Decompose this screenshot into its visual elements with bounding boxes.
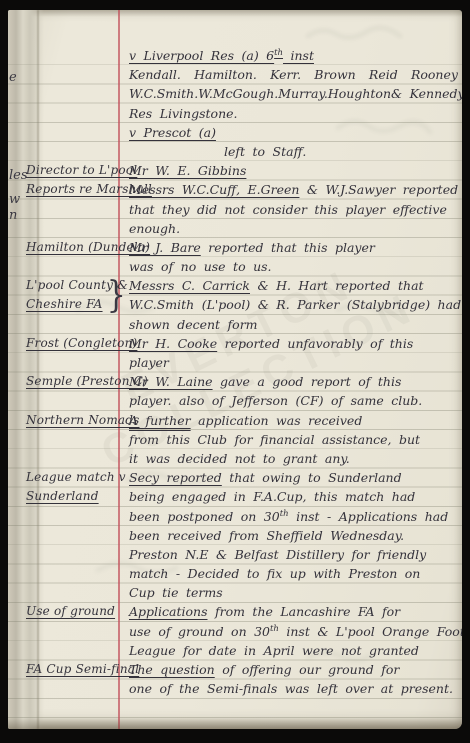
entry-body: Messrs C. Carrick & H. Hart reported tha… bbox=[122, 276, 458, 334]
minute-entry: Director to L'poolMr W. E. Gibbins bbox=[26, 161, 458, 180]
text-run: Reports re Marshall bbox=[26, 182, 152, 196]
body-line: Secy reported that owing to Sunderland bbox=[129, 468, 458, 487]
text-run: Kerr. bbox=[270, 65, 301, 84]
margin-line: Reports re Marshall bbox=[26, 180, 122, 199]
text-run: League for date in April were not grante… bbox=[129, 643, 419, 658]
minute-entry: FA Cup Semi-finalThe question of offerin… bbox=[26, 660, 458, 698]
body-line: been received from Sheffield Wednesday. bbox=[129, 526, 458, 545]
text-run: Frost (Congleton) bbox=[26, 336, 137, 350]
entry-body: Mr W. Laine gave a good report of thispl… bbox=[122, 372, 458, 410]
body-line: v Liverpool Res (a) 6th inst bbox=[129, 46, 458, 65]
text-run: player bbox=[129, 355, 169, 370]
body-line: one of the Semi-finals was left over at … bbox=[129, 679, 458, 698]
minute-entry: League match vSunderlandSecy reported th… bbox=[26, 468, 458, 602]
text-run: Preston N.E & Belfast Distillery for fri… bbox=[129, 547, 426, 562]
minute-entry: Hamilton (Dundela)Mr J. Bare reported th… bbox=[26, 238, 458, 276]
text-run: of offering our ground for bbox=[215, 662, 400, 677]
text-run: Semple (Preston C) bbox=[26, 374, 148, 388]
body-line: shown decent form bbox=[129, 315, 458, 334]
minute-entry: Northern NomadsA further application was… bbox=[26, 411, 458, 469]
text-run: application was received bbox=[191, 413, 363, 428]
body-line: W.C.Smith (L'pool) & R. Parker (Stalybri… bbox=[129, 295, 458, 314]
text-run: it was decided not to grant any. bbox=[129, 451, 350, 466]
text-run: Applications bbox=[129, 604, 208, 619]
entry-body: A further application was receivedfrom t… bbox=[122, 411, 458, 469]
entry-body: Mr J. Bare reported that this playerwas … bbox=[122, 238, 458, 276]
body-line: A further application was received bbox=[129, 411, 458, 430]
text-run: left to Staff. bbox=[224, 144, 306, 159]
body-line: being engaged in F.A.Cup, this match had bbox=[129, 487, 458, 506]
text-run: Res Livingstone. bbox=[129, 106, 238, 121]
photo-frame: eleswn EVERTON COLLECTION v Liverpool Re… bbox=[0, 0, 470, 743]
text-run: Cheshire FA bbox=[26, 297, 103, 311]
margin-brace: } bbox=[107, 273, 126, 319]
text-run: being engaged in F.A.Cup, this match had bbox=[129, 489, 415, 504]
margin-label: Director to L'pool bbox=[26, 161, 122, 180]
text-run: Murray. bbox=[278, 84, 328, 103]
text-run: Brown bbox=[314, 65, 355, 84]
body-line: player. also of Jefferson (CF) of same c… bbox=[129, 391, 458, 410]
entry-body: v Liverpool Res (a) 6th instKendall.Hami… bbox=[122, 46, 458, 161]
text-run: Use of ground bbox=[26, 604, 115, 618]
entry-body: Messrs W.C.Cuff, E.Green & W.J.Sawyer re… bbox=[122, 180, 458, 238]
text-run: v Prescot (a) bbox=[129, 125, 216, 140]
text-run: inst bbox=[283, 48, 314, 63]
text-run: that owing to Sunderland bbox=[222, 470, 402, 485]
body-line: that they did not consider this player e… bbox=[129, 200, 458, 219]
text-run: enough. bbox=[129, 221, 180, 236]
entry-body: Secy reported that owing to Sunderlandbe… bbox=[122, 468, 458, 602]
text-run: & W.J.Sawyer reported bbox=[299, 182, 458, 197]
body-line: Mr J. Bare reported that this player bbox=[129, 238, 458, 257]
text-run: W.C.Smith. bbox=[129, 84, 198, 103]
body-line: been postponed on 30th inst - Applicatio… bbox=[129, 507, 458, 526]
body-line: Mr H. Cooke reported unfavorably of this bbox=[129, 334, 458, 353]
text-run: th bbox=[270, 623, 279, 633]
text-run: that they did not consider this player e… bbox=[129, 202, 447, 217]
text-run: player. also of Jefferson (CF) of same c… bbox=[129, 393, 422, 408]
margin-label: Reports re Marshall bbox=[26, 180, 122, 238]
body-line: The question of offering our ground for bbox=[129, 660, 458, 679]
minute-entry: Use of groundApplications from the Lanca… bbox=[26, 602, 458, 660]
margin-label: Northern Nomads bbox=[26, 411, 122, 469]
text-run: The question bbox=[129, 662, 215, 677]
text-run: was of no use to us. bbox=[129, 259, 272, 274]
entry-body: Mr H. Cooke reported unfavorably of this… bbox=[122, 334, 458, 372]
body-line: Messrs W.C.Cuff, E.Green & W.J.Sawyer re… bbox=[129, 180, 458, 199]
text-run: Messrs W.C.Cuff, E.Green bbox=[129, 182, 299, 197]
minute-entry: L'pool County &Cheshire FA}Messrs C. Car… bbox=[26, 276, 458, 334]
text-run: W.C.Smith (L'pool) & R. Parker (Stalybri… bbox=[129, 297, 461, 312]
entry-body: Applications from the Lancashire FA foru… bbox=[122, 602, 458, 660]
margin-line: Director to L'pool bbox=[26, 161, 122, 180]
body-line: enough. bbox=[129, 219, 458, 238]
text-run: from the Lancashire FA for bbox=[208, 604, 401, 619]
margin-line: Sunderland bbox=[26, 487, 122, 506]
body-line: use of ground on 30th inst & L'pool Oran… bbox=[129, 622, 458, 641]
text-run: reported that this player bbox=[201, 240, 375, 255]
body-line: Messrs C. Carrick & H. Hart reported tha… bbox=[129, 276, 458, 295]
margin-line: Use of ground bbox=[26, 602, 122, 621]
text-run: & H. Hart reported that bbox=[250, 278, 424, 293]
margin-line: FA Cup Semi-final bbox=[26, 660, 122, 679]
body-line: Cup tie terms bbox=[129, 583, 458, 602]
text-run: inst & L'pool Orange Football bbox=[279, 624, 462, 639]
margin-line: Frost (Congleton) bbox=[26, 334, 122, 353]
text-run: Mr H. Cooke bbox=[129, 336, 217, 351]
text-run: Mr W. E. Gibbins bbox=[129, 163, 246, 178]
minute-entry: v Liverpool Res (a) 6th instKendall.Hami… bbox=[26, 46, 458, 161]
text-run: Messrs C. Carrick bbox=[129, 278, 250, 293]
margin-label: Hamilton (Dundela) bbox=[26, 238, 122, 276]
text-run: W.McGough. bbox=[198, 84, 278, 103]
body-line: Mr W. E. Gibbins bbox=[129, 161, 458, 180]
minute-book-page: eleswn EVERTON COLLECTION v Liverpool Re… bbox=[8, 10, 462, 729]
text-run: Sunderland bbox=[26, 489, 99, 503]
margin-label: L'pool County &Cheshire FA} bbox=[26, 276, 122, 334]
body-line: League for date in April were not grante… bbox=[129, 641, 458, 660]
text-run: been received from Sheffield Wednesday. bbox=[129, 528, 404, 543]
text-run: one of the Semi-finals was left over at … bbox=[129, 681, 453, 696]
text-run: Secy reported bbox=[129, 470, 222, 485]
text-run: th bbox=[274, 48, 283, 58]
margin-label: FA Cup Semi-final bbox=[26, 660, 122, 698]
margin-line: Semple (Preston C) bbox=[26, 372, 122, 391]
entries: v Liverpool Res (a) 6th instKendall.Hami… bbox=[26, 46, 458, 698]
margin-label: Frost (Congleton) bbox=[26, 334, 122, 372]
text-run: been postponed on 30 bbox=[129, 509, 280, 524]
text-run: from this Club for financial assistance,… bbox=[129, 432, 420, 447]
body-line: Kendall.Hamilton.Kerr.BrownReidRooney bbox=[129, 65, 458, 84]
body-line: Applications from the Lancashire FA for bbox=[129, 602, 458, 621]
margin-label: Semple (Preston C) bbox=[26, 372, 122, 410]
text-run: Rooney bbox=[411, 65, 458, 84]
body-line: v Prescot (a) bbox=[129, 123, 458, 142]
text-run: & Kennedy bbox=[391, 84, 462, 103]
text-run: th bbox=[280, 508, 289, 518]
text-run: Hamilton (Dundela) bbox=[26, 240, 150, 254]
text-run: match - Decided to fix up with Preston o… bbox=[129, 566, 420, 581]
text-run: Kendall. bbox=[129, 65, 181, 84]
body-line: was of no use to us. bbox=[129, 257, 458, 276]
body-line: W.C.Smith.W.McGough.Murray.Houghton& Ken… bbox=[129, 84, 458, 103]
body-line: Preston N.E & Belfast Distillery for fri… bbox=[129, 545, 458, 564]
margin-label: League match vSunderland bbox=[26, 468, 122, 602]
text-run: FA Cup Semi-final bbox=[26, 662, 139, 676]
text-run: Hamilton. bbox=[194, 65, 257, 84]
text-run: reported unfavorably of this bbox=[217, 336, 413, 351]
entry-body: The question of offering our ground foro… bbox=[122, 660, 458, 698]
text-run: v Liverpool Res (a) 6 bbox=[129, 48, 274, 63]
text-run: gave a good report of this bbox=[213, 374, 402, 389]
text-run: Houghton bbox=[328, 84, 391, 103]
minute-entry: Frost (Congleton)Mr H. Cooke reported un… bbox=[26, 334, 458, 372]
body-line: from this Club for financial assistance,… bbox=[129, 430, 458, 449]
text-run: inst - Applications had bbox=[289, 509, 449, 524]
text-run: Reid bbox=[369, 65, 398, 84]
text-run: use of ground on 30 bbox=[129, 624, 270, 639]
body-line: left to Staff. bbox=[129, 142, 458, 161]
text-run: Northern Nomads bbox=[26, 413, 140, 427]
body-line: Mr W. Laine gave a good report of this bbox=[129, 372, 458, 391]
text-run: Director to L'pool bbox=[26, 163, 137, 177]
text-run: Cup tie terms bbox=[129, 585, 223, 600]
margin-label: Use of ground bbox=[26, 602, 122, 660]
text-run: League match v bbox=[26, 470, 126, 484]
margin-line: League match v bbox=[26, 468, 122, 487]
margin-line: Hamilton (Dundela) bbox=[26, 238, 122, 257]
text-run: shown decent form bbox=[129, 317, 258, 332]
body-line: it was decided not to grant any. bbox=[129, 449, 458, 468]
minute-entry: Semple (Preston C)Mr W. Laine gave a goo… bbox=[26, 372, 458, 410]
entry-body: Mr W. E. Gibbins bbox=[122, 161, 458, 180]
body-line: Res Livingstone. bbox=[129, 104, 458, 123]
margin-label bbox=[26, 46, 122, 161]
body-line: match - Decided to fix up with Preston o… bbox=[129, 564, 458, 583]
body-line: player bbox=[129, 353, 458, 372]
minute-entry: Reports re MarshallMessrs W.C.Cuff, E.Gr… bbox=[26, 180, 458, 238]
margin-line: Northern Nomads bbox=[26, 411, 122, 430]
